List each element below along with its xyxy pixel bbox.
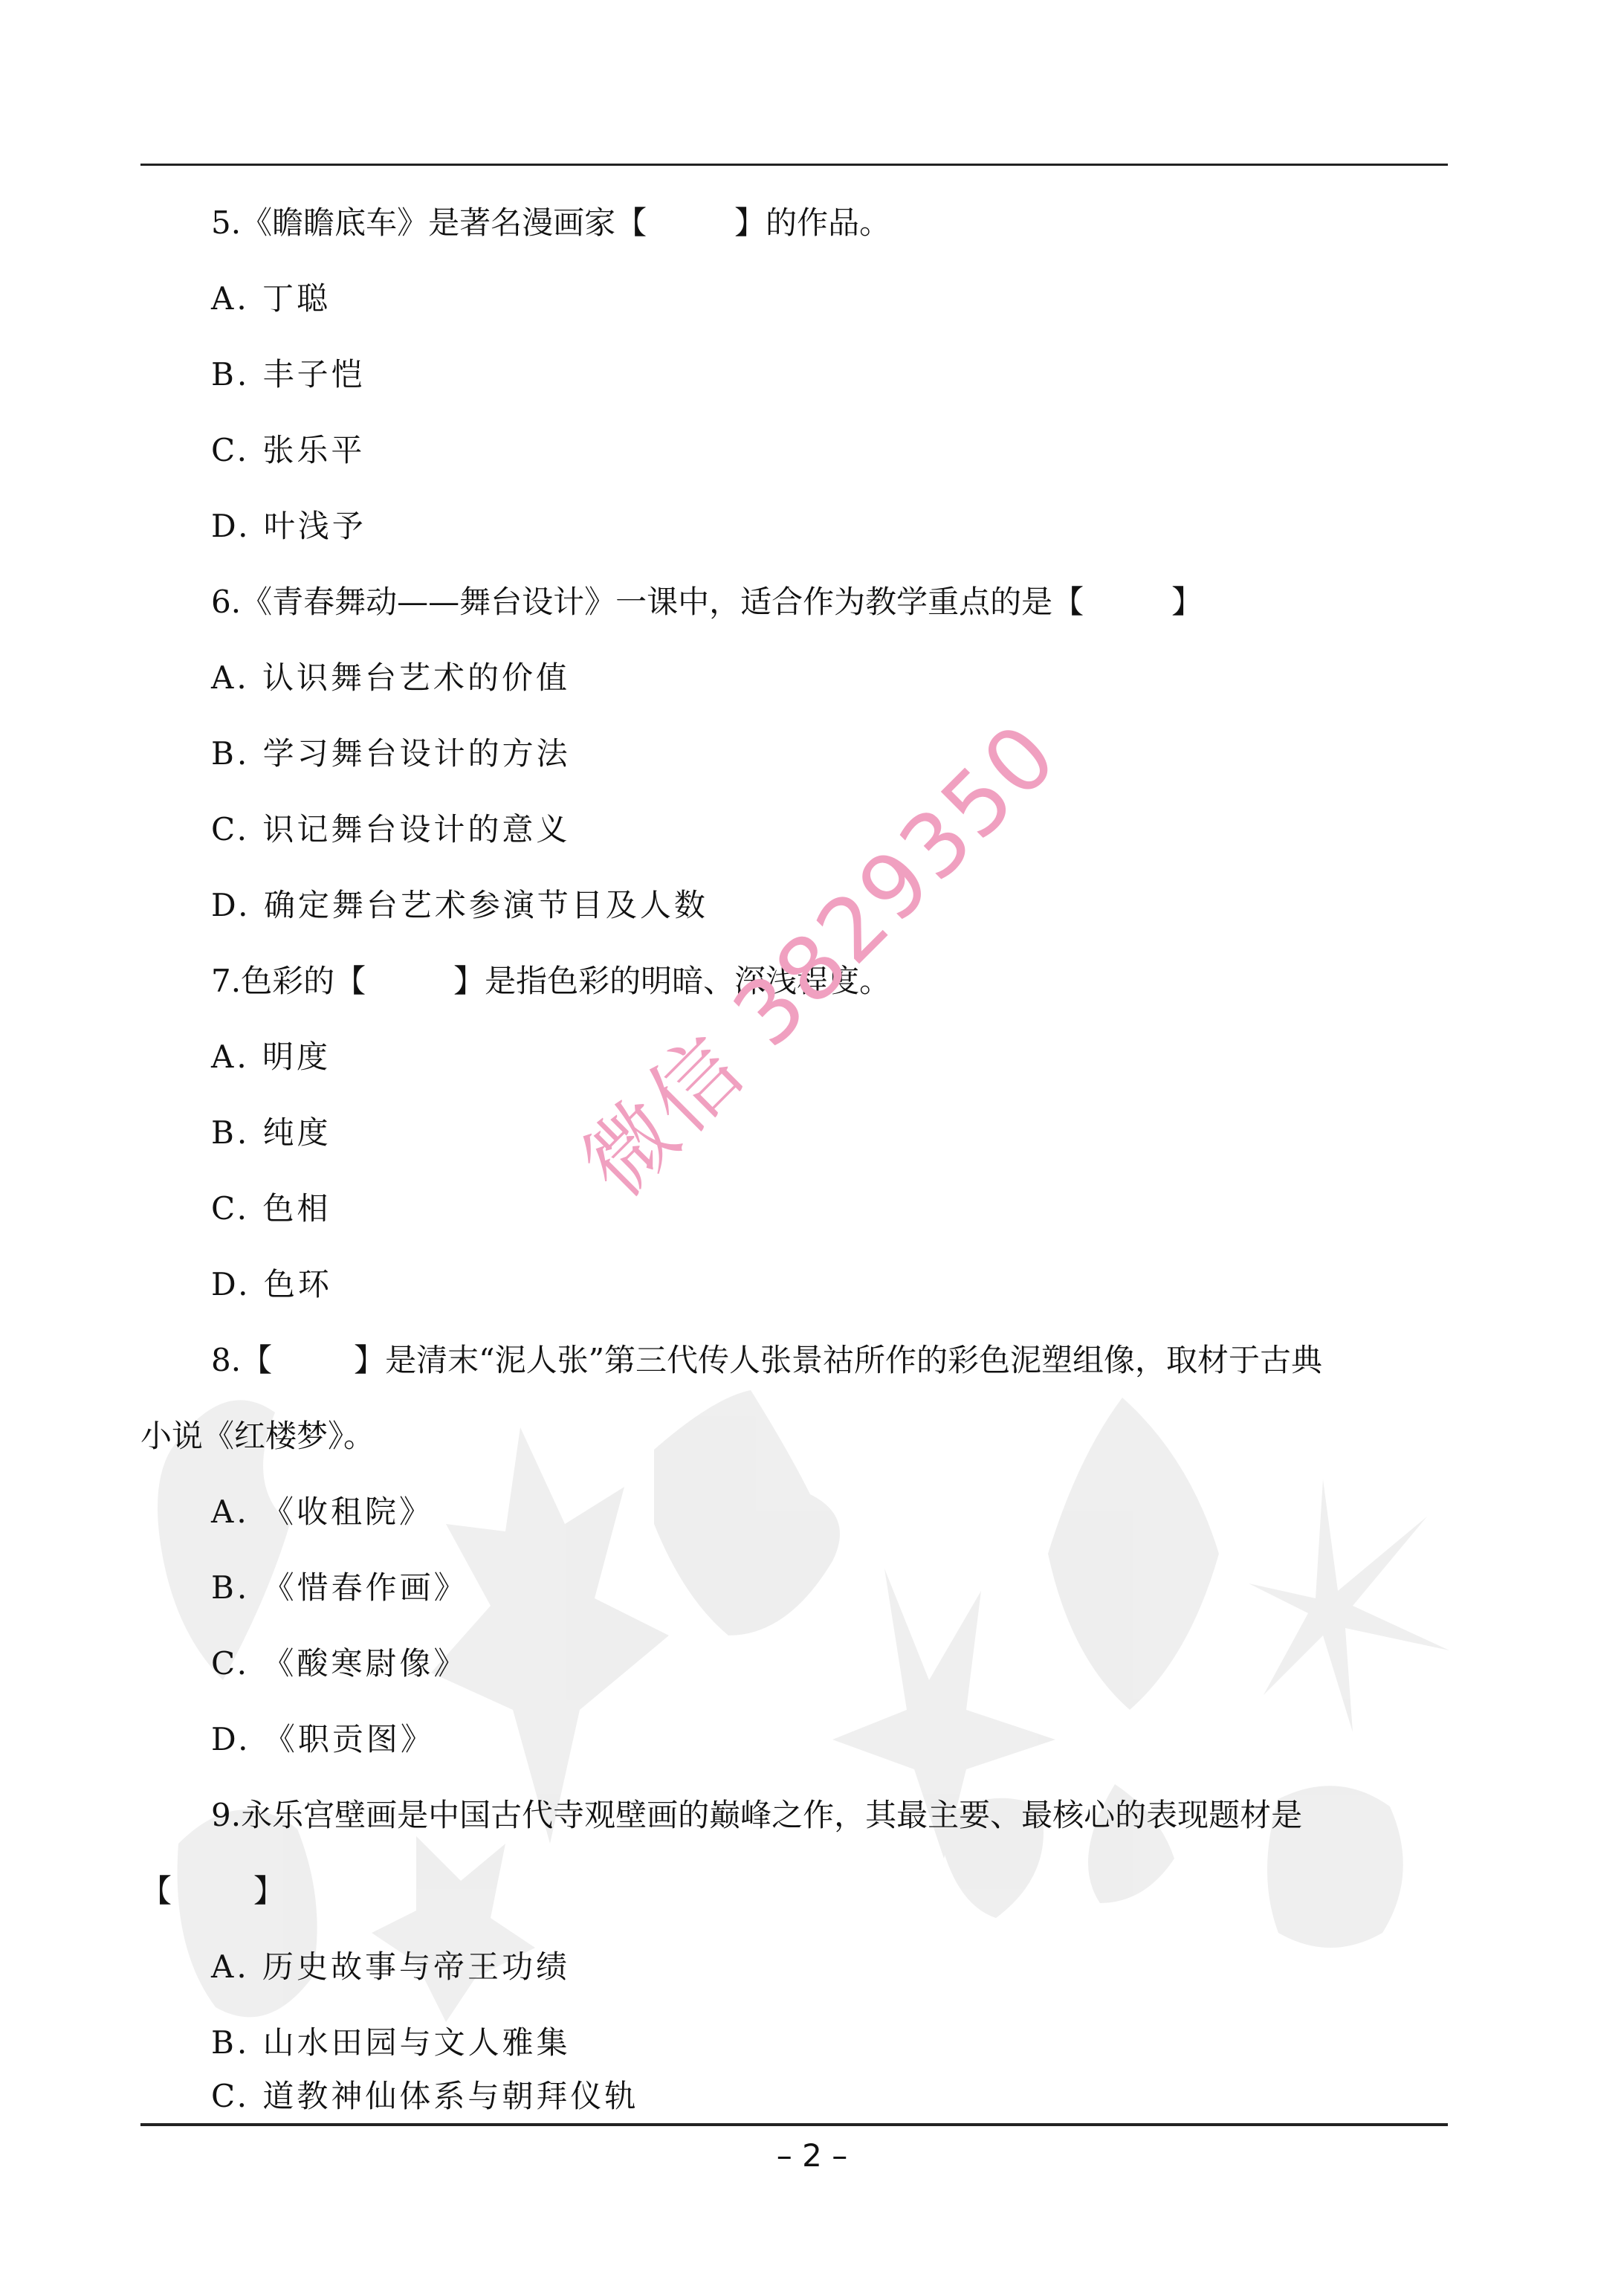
- option-label: D.: [211, 508, 251, 544]
- header-rule: [140, 164, 1448, 166]
- question-number: 5.: [211, 204, 241, 241]
- question-7-option-b: B. 纯度: [211, 1111, 331, 1155]
- watermark-text: 微信 3829350: [550, 689, 1081, 1220]
- option-label: A.: [211, 1948, 250, 1985]
- question-9-option-a: A. 历史故事与帝王功绩: [211, 1945, 570, 1989]
- option-text: 学习舞台设计的方法: [263, 735, 571, 772]
- question-5-option-c: C. 张乐平: [211, 428, 365, 473]
- option-text: 《职贡图》: [264, 1721, 435, 1757]
- question-number: 9.: [211, 1797, 241, 1833]
- question-7-option-a: A. 明度: [211, 1035, 331, 1079]
- option-label: A.: [211, 280, 250, 317]
- question-number: 7.: [211, 963, 241, 999]
- page-number: – 2 –: [0, 2134, 1624, 2178]
- option-label: D.: [211, 887, 251, 923]
- option-text: 纯度: [263, 1114, 331, 1151]
- question-stem-line1: 永乐宫壁画是中国古代寺观壁画的巅峰之作，其最主要、最核心的表现题材是: [241, 1797, 1302, 1833]
- question-stem-before: 《青春舞动——舞台设计》一课中，适合作为教学重点的是【: [241, 584, 1084, 620]
- option-text: 识记舞台设计的意义: [262, 811, 570, 847]
- option-text: 明度: [262, 1039, 331, 1075]
- option-label: D.: [211, 1721, 251, 1757]
- option-label: B.: [211, 1569, 250, 1606]
- option-text: 《惜春作画》: [263, 1569, 468, 1606]
- bracket-close: 】: [253, 1873, 285, 1909]
- option-text: 丰子恺: [263, 356, 366, 393]
- option-text: 丁聪: [262, 280, 331, 317]
- option-label: C.: [211, 811, 250, 847]
- option-text: 《酸寒尉像》: [262, 1645, 468, 1682]
- question-8-stem: 8.【】是清末“泥人张”第三代传人张景祜所作的彩色泥塑组像，取材于古典: [211, 1338, 1322, 1383]
- question-8-stem-continued: 小说《红楼梦》。: [140, 1414, 375, 1459]
- question-5-stem: 5.《瞻瞻底车》是著名漫画家【】的作品。: [211, 201, 890, 245]
- option-label: C.: [211, 1190, 250, 1227]
- question-stem-after: 】的作品。: [734, 204, 890, 241]
- question-7-option-d: D. 色环: [211, 1262, 332, 1307]
- question-8-option-c: C. 《酸寒尉像》: [211, 1641, 468, 1686]
- question-9-option-b: B. 山水田园与文人雅集: [211, 2021, 571, 2065]
- option-text: 确定舞台艺术参演节目及人数: [264, 887, 708, 923]
- option-text: 山水田园与文人雅集: [263, 2024, 571, 2061]
- question-6-option-d: D. 确定舞台艺术参演节目及人数: [211, 883, 708, 928]
- option-label: A.: [211, 1039, 250, 1075]
- question-number: 6.: [211, 584, 241, 620]
- option-label: B.: [211, 735, 250, 772]
- option-label: D.: [211, 1266, 251, 1302]
- option-text: 色相: [262, 1190, 331, 1227]
- option-label: C.: [211, 1645, 250, 1682]
- option-label: C.: [211, 2078, 250, 2114]
- question-stem-after: 】: [1171, 584, 1203, 620]
- option-label: A.: [211, 659, 250, 696]
- question-9-option-c: C. 道教神仙体系与朝拜仪轨: [211, 2074, 638, 2119]
- option-label: B.: [211, 2024, 250, 2061]
- option-text: 张乐平: [262, 432, 365, 468]
- question-8-option-a: A. 《收租院》: [211, 1490, 433, 1534]
- option-label: B.: [211, 1114, 250, 1151]
- question-9-stem-continued: 【】: [140, 1869, 285, 1914]
- question-5-option-b: B. 丰子恺: [211, 352, 366, 397]
- option-label: C.: [211, 432, 250, 468]
- option-label: A.: [211, 1494, 250, 1530]
- question-number: 8.: [211, 1342, 241, 1378]
- question-stem-before: 色彩的【: [241, 963, 366, 999]
- question-9-stem: 9.永乐宫壁画是中国古代寺观壁画的巅峰之作，其最主要、最核心的表现题材是: [211, 1793, 1302, 1838]
- question-stem-before: 【: [241, 1342, 272, 1378]
- question-5-option-d: D. 叶浅予: [211, 504, 366, 549]
- question-stem-after: 】是清末“泥人张”第三代传人张景祜所作的彩色泥塑组像，取材于古典: [354, 1342, 1322, 1378]
- option-text: 色环: [264, 1266, 332, 1302]
- question-8-option-d: D. 《职贡图》: [211, 1717, 435, 1762]
- question-6-option-b: B. 学习舞台设计的方法: [211, 732, 571, 776]
- question-stem-before: 《瞻瞻底车》是著名漫画家【: [241, 204, 647, 241]
- option-text: 认识舞台艺术的价值: [262, 659, 570, 696]
- question-8-option-b: B. 《惜春作画》: [211, 1566, 468, 1610]
- question-6-stem: 6.《青春舞动——舞台设计》一课中，适合作为教学重点的是【】: [211, 580, 1203, 624]
- question-6-option-a: A. 认识舞台艺术的价值: [211, 656, 570, 700]
- option-text: 《收租院》: [262, 1494, 433, 1530]
- question-6-option-c: C. 识记舞台设计的意义: [211, 807, 570, 852]
- footer-rule: [140, 2123, 1448, 2126]
- option-label: B.: [211, 356, 250, 393]
- question-5-option-a: A. 丁聪: [211, 277, 331, 321]
- question-7-option-c: C. 色相: [211, 1186, 331, 1231]
- option-text: 历史故事与帝王功绩: [262, 1948, 570, 1985]
- bracket-open: 【: [140, 1873, 172, 1909]
- option-text: 叶浅予: [264, 508, 366, 544]
- option-text: 道教神仙体系与朝拜仪轨: [262, 2078, 638, 2114]
